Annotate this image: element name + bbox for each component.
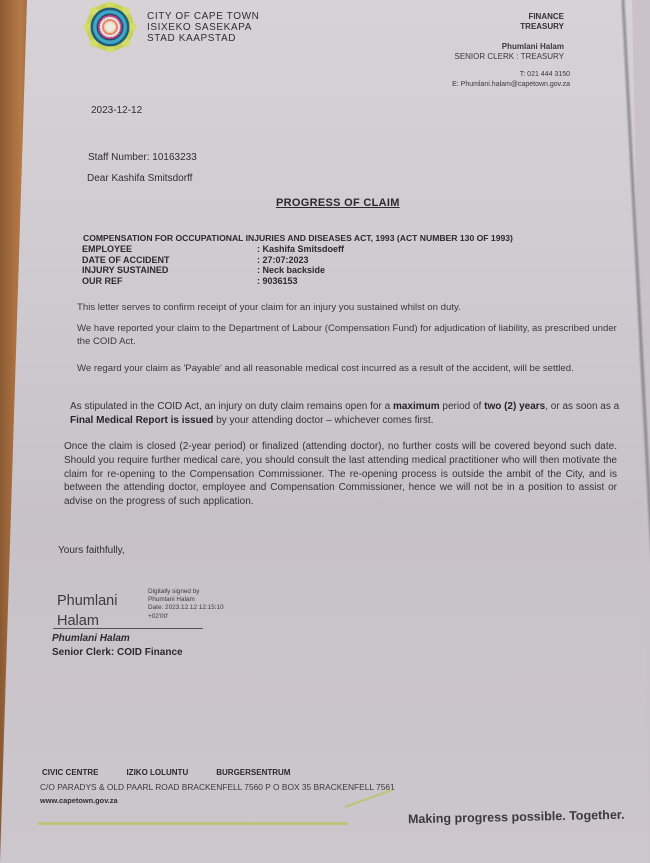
sender-block: Phumlani Halam SENIOR CLERK : TREASURY <box>454 42 564 62</box>
detail-value: : Kashifa Smitsdoeff <box>257 244 344 255</box>
centre-name: BURGERSENTRUM <box>216 768 290 777</box>
stamp-line: Digitally signed by <box>148 588 224 596</box>
department-block: FINANCE TREASURY <box>520 12 564 32</box>
city-of-cape-town-emblem-icon <box>84 2 136 52</box>
sender-phone: T: 021 444 3150 <box>452 70 570 80</box>
sub-department-name: TREASURY <box>520 22 564 32</box>
detail-label: OUR REF <box>82 276 257 287</box>
signature-name: Phumlani Halam <box>57 591 117 631</box>
department-name: FINANCE <box>520 12 564 22</box>
org-name-xhosa: ISIXEKO SASEKAPA <box>147 22 259 33</box>
detail-row-injury: INJURY SUSTAINED : Neck backside <box>82 265 344 276</box>
letter-page <box>0 0 650 863</box>
salutation: Dear Kashifa Smitsdorff <box>87 173 192 184</box>
paragraph-claim-period: As stipulated in the COID Act, an injury… <box>70 400 623 427</box>
closing: Yours faithfully, <box>58 545 125 556</box>
footer-website-link[interactable]: www.capetown.gov.za <box>40 796 118 805</box>
detail-label: DATE OF ACCIDENT <box>82 255 257 266</box>
footer-accent-line <box>38 822 348 825</box>
text: As stipulated in the COID Act, an injury… <box>70 401 393 412</box>
letter-date: 2023-12-12 <box>91 105 142 116</box>
stamp-line: Phumlani Halam <box>148 596 224 604</box>
centre-name: CIVIC CENTRE <box>42 768 98 777</box>
stamp-line: Date: 2023.12.12 12:15:10 <box>148 604 224 612</box>
paragraph-receipt: This letter serves to confirm receipt of… <box>77 302 623 315</box>
emphasis: maximum <box>393 401 440 412</box>
detail-row-our-ref: OUR REF : 9036153 <box>82 276 344 287</box>
signer-block: Phumlani Halam Senior Clerk: COID Financ… <box>52 632 183 659</box>
signature-line <box>53 628 203 629</box>
text: by your attending doctor – whichever com… <box>213 415 433 426</box>
text: , or as soon as a <box>545 401 619 412</box>
centre-name: IZIKO LOLUNTU <box>126 768 188 777</box>
sender-title: SENIOR CLERK : TREASURY <box>454 52 564 62</box>
letter-title: PROGRESS OF CLAIM <box>276 197 400 209</box>
stamp-line: +02'00' <box>148 613 224 621</box>
footer-address: C/O PARADYS & OLD PAARL ROAD BRACKENFELL… <box>40 782 395 792</box>
emphasis: two (2) years <box>484 401 545 412</box>
detail-value: : 9036153 <box>257 276 298 287</box>
sender-email: E: Phumlani.halam@capetown.gov.za <box>452 80 570 90</box>
detail-value: : 27:07:2023 <box>257 255 309 266</box>
paragraph-payable: We regard your claim as 'Payable' and al… <box>77 363 623 376</box>
detail-row-date-of-accident: DATE OF ACCIDENT : 27:07:2023 <box>82 255 344 266</box>
signer-title: Senior Clerk: COID Finance <box>52 646 183 660</box>
staff-number: Staff Number: 10163233 <box>88 152 197 163</box>
sender-name: Phumlani Halam <box>454 42 564 52</box>
claim-details: EMPLOYEE : Kashifa Smitsdoeff DATE OF AC… <box>82 244 344 286</box>
paragraph-reported: We have reported your claim to the Depar… <box>77 323 623 348</box>
org-name-afrikaans: STAD KAAPSTAD <box>147 33 259 44</box>
detail-row-employee: EMPLOYEE : Kashifa Smitsdoeff <box>82 244 344 255</box>
organisation-name: CITY OF CAPE TOWN ISIXEKO SASEKAPA STAD … <box>147 11 259 44</box>
contact-block: T: 021 444 3150 E: Phumlani.halam@capeto… <box>452 70 570 90</box>
emphasis: Final Medical Report is issued <box>70 415 213 426</box>
text: period of <box>440 401 484 412</box>
footer-centres: CIVIC CENTRE IZIKO LOLUNTU BURGERSENTRUM <box>42 768 290 777</box>
paragraph-claim-closure: Once the claim is closed (2-year period)… <box>64 440 617 509</box>
signature-first-name: Phumlani <box>57 591 117 611</box>
signer-name: Phumlani Halam <box>52 632 183 646</box>
act-heading: COMPENSATION FOR OCCUPATIONAL INJURIES A… <box>83 233 513 243</box>
org-name-english: CITY OF CAPE TOWN <box>147 11 259 22</box>
detail-label: INJURY SUSTAINED <box>82 265 257 276</box>
detail-label: EMPLOYEE <box>82 244 257 255</box>
detail-value: : Neck backside <box>257 265 325 276</box>
digital-signature-stamp: Digitally signed by Phumlani Halam Date:… <box>148 588 224 621</box>
